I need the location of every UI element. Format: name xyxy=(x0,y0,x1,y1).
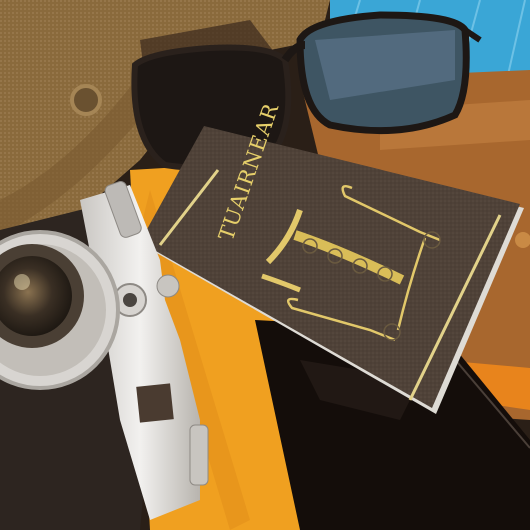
advance-knob xyxy=(190,425,208,485)
viewfinder-window xyxy=(136,383,174,422)
scene-illustration xyxy=(0,0,530,530)
bag-grommet xyxy=(72,86,100,114)
side-knob xyxy=(157,275,179,297)
photo-scene: TUAIRNEAR xyxy=(0,0,530,530)
